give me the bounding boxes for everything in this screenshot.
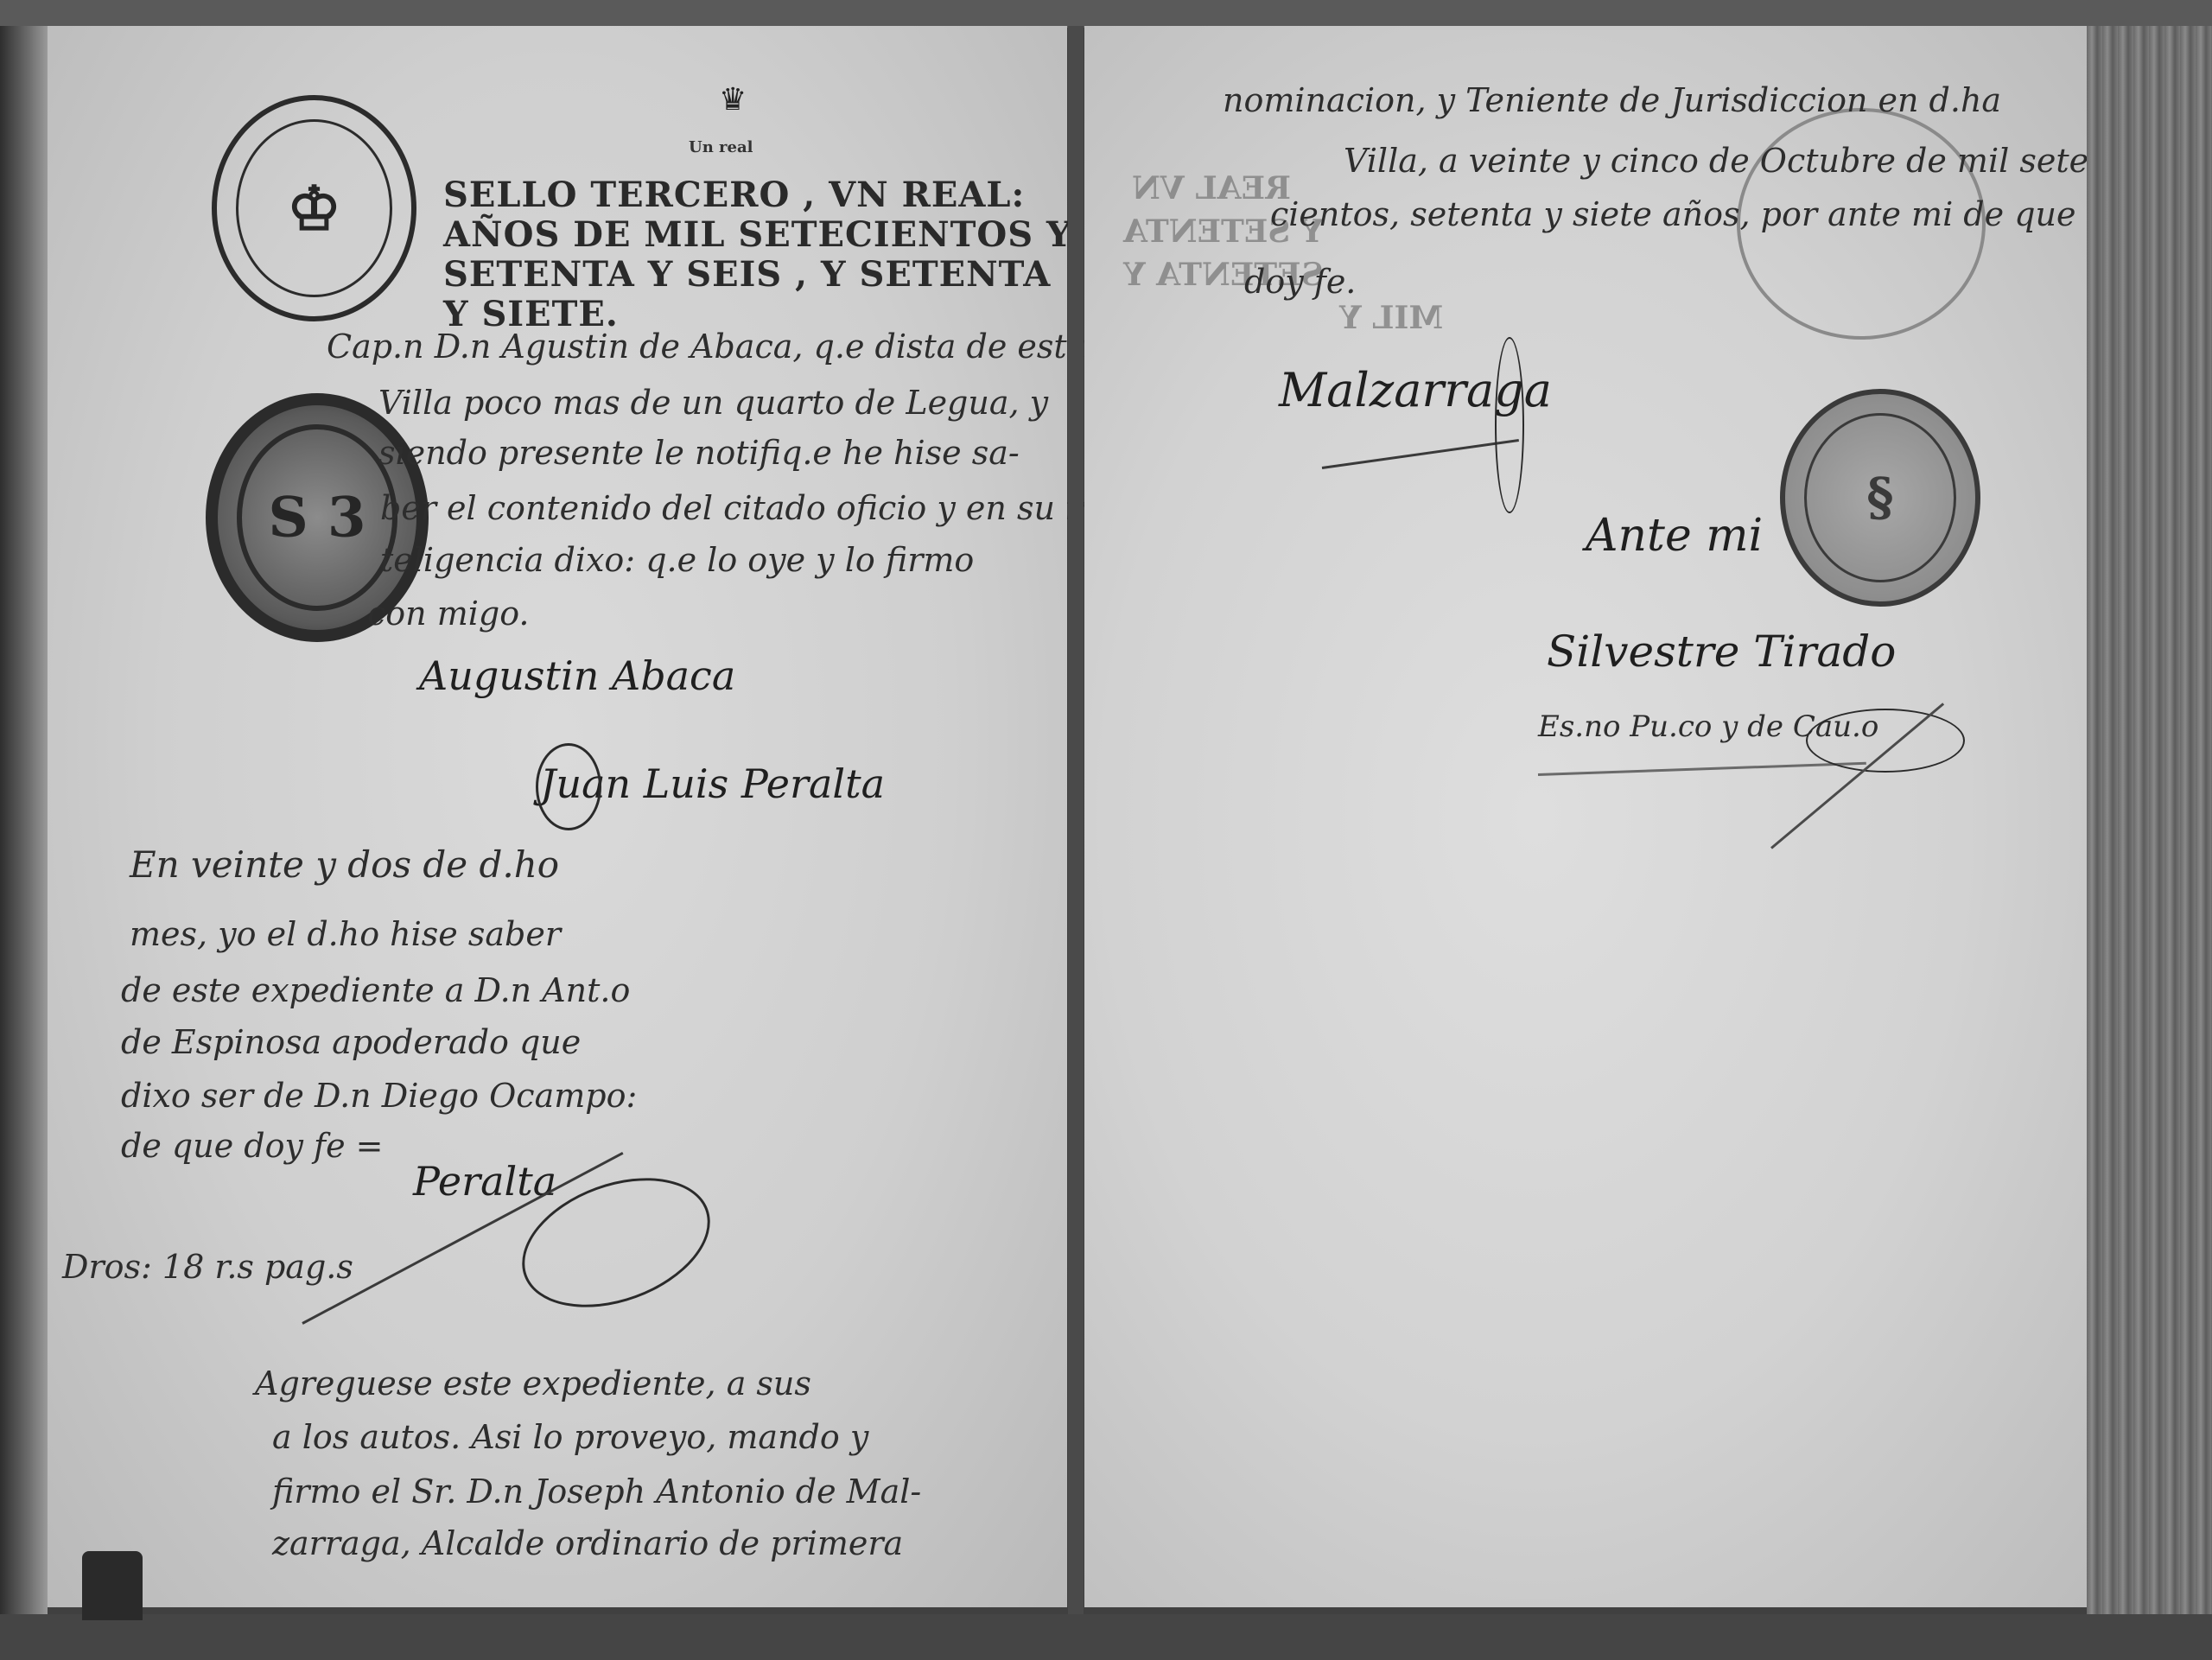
entry-line: dixo ser de D.n Diego Ocampo: [121, 1073, 637, 1118]
entry-line: de que doy fe = [121, 1123, 383, 1168]
decree-line: firmo el Sr. D.n Joseph Antonio de Mal- [272, 1469, 921, 1514]
notification-line: siendo presente le notifiq.e he hise sa- [378, 430, 1020, 475]
scan-top-border [0, 0, 2212, 28]
continuation-line: nominacion, y Teniente de Jurisdiccion e… [1223, 78, 2001, 123]
signature-rubric [536, 743, 601, 830]
continuation-line: doy fe. [1244, 259, 1356, 304]
decree-line: zarraga, Alcalde ordinario de primera [272, 1521, 903, 1566]
signature-flourish [1495, 337, 1524, 513]
decree-line: a los autos. Asi lo proveyo, mando y [272, 1415, 868, 1460]
notification-line: con migo. [367, 591, 530, 636]
stamped-paper-heading: SELLO TERCERO , VN REAL: AÑOS DE MIL SET… [443, 175, 1074, 334]
crown-icon: ♛ [719, 82, 747, 118]
heading-line: AÑOS DE MIL SETECIENTOS Y [443, 215, 1074, 255]
entry-line: de este expediente a D.n Ant.o [121, 968, 630, 1013]
notary-seal: § [1780, 389, 1980, 607]
page-clip [82, 1551, 143, 1620]
signature-silvestre: Silvestre Tirado [1547, 626, 1896, 677]
continuation-line: cientos, setenta y siete años, por ante … [1270, 192, 2075, 237]
notification-line: ber el contenido del citado oficio y en … [380, 486, 1109, 531]
heading-line: SELLO TERCERO , VN REAL: [443, 175, 1074, 215]
notification-line: Cap.n D.n Agustin de Abaca, q.e dista de… [327, 324, 1086, 369]
book-right-edge [2087, 26, 2212, 1633]
coat-of-arms-icon: ♔ [217, 173, 411, 245]
fee-note: Dros: 18 r.s pag.s [62, 1244, 353, 1289]
notification-line: Villa poco mas de un quarto de Legua, y [378, 380, 1048, 425]
notary-seal-emblem-icon: § [1785, 467, 1975, 528]
royal-seal: ♔ [212, 95, 416, 321]
bleed-through-text: REAL VN [1132, 169, 1291, 208]
signature-flourish [1806, 709, 1965, 773]
scan-bottom-border [0, 1614, 2212, 1660]
scanned-document: ♛ Un real ♔ SELLO TERCERO , VN REAL: AÑO… [0, 0, 2212, 1660]
entry-line: de Espinosa apoderado que [121, 1020, 581, 1065]
entry-line: mes, yo el d.ho hise saber [130, 912, 561, 957]
ante-mi: Ante mi [1586, 510, 1763, 562]
entry-line: En veinte y dos de d.ho [130, 843, 559, 887]
stamp-value-mark: Un real [689, 138, 753, 156]
continuation-line: Villa, a veinte y cinco de Octubre de mi… [1344, 138, 2100, 183]
book-left-edge [0, 26, 48, 1633]
heading-line: SETENTA Y SEIS , Y SETENTA [443, 255, 1074, 295]
notification-line: teligencia dixo: q.e lo oye y lo firmo [380, 537, 974, 582]
book-gutter [1068, 26, 1084, 1616]
decree-line: Agreguese este expediente, a sus [255, 1361, 811, 1406]
signature-abaca: Augustin Abaca [419, 652, 735, 699]
